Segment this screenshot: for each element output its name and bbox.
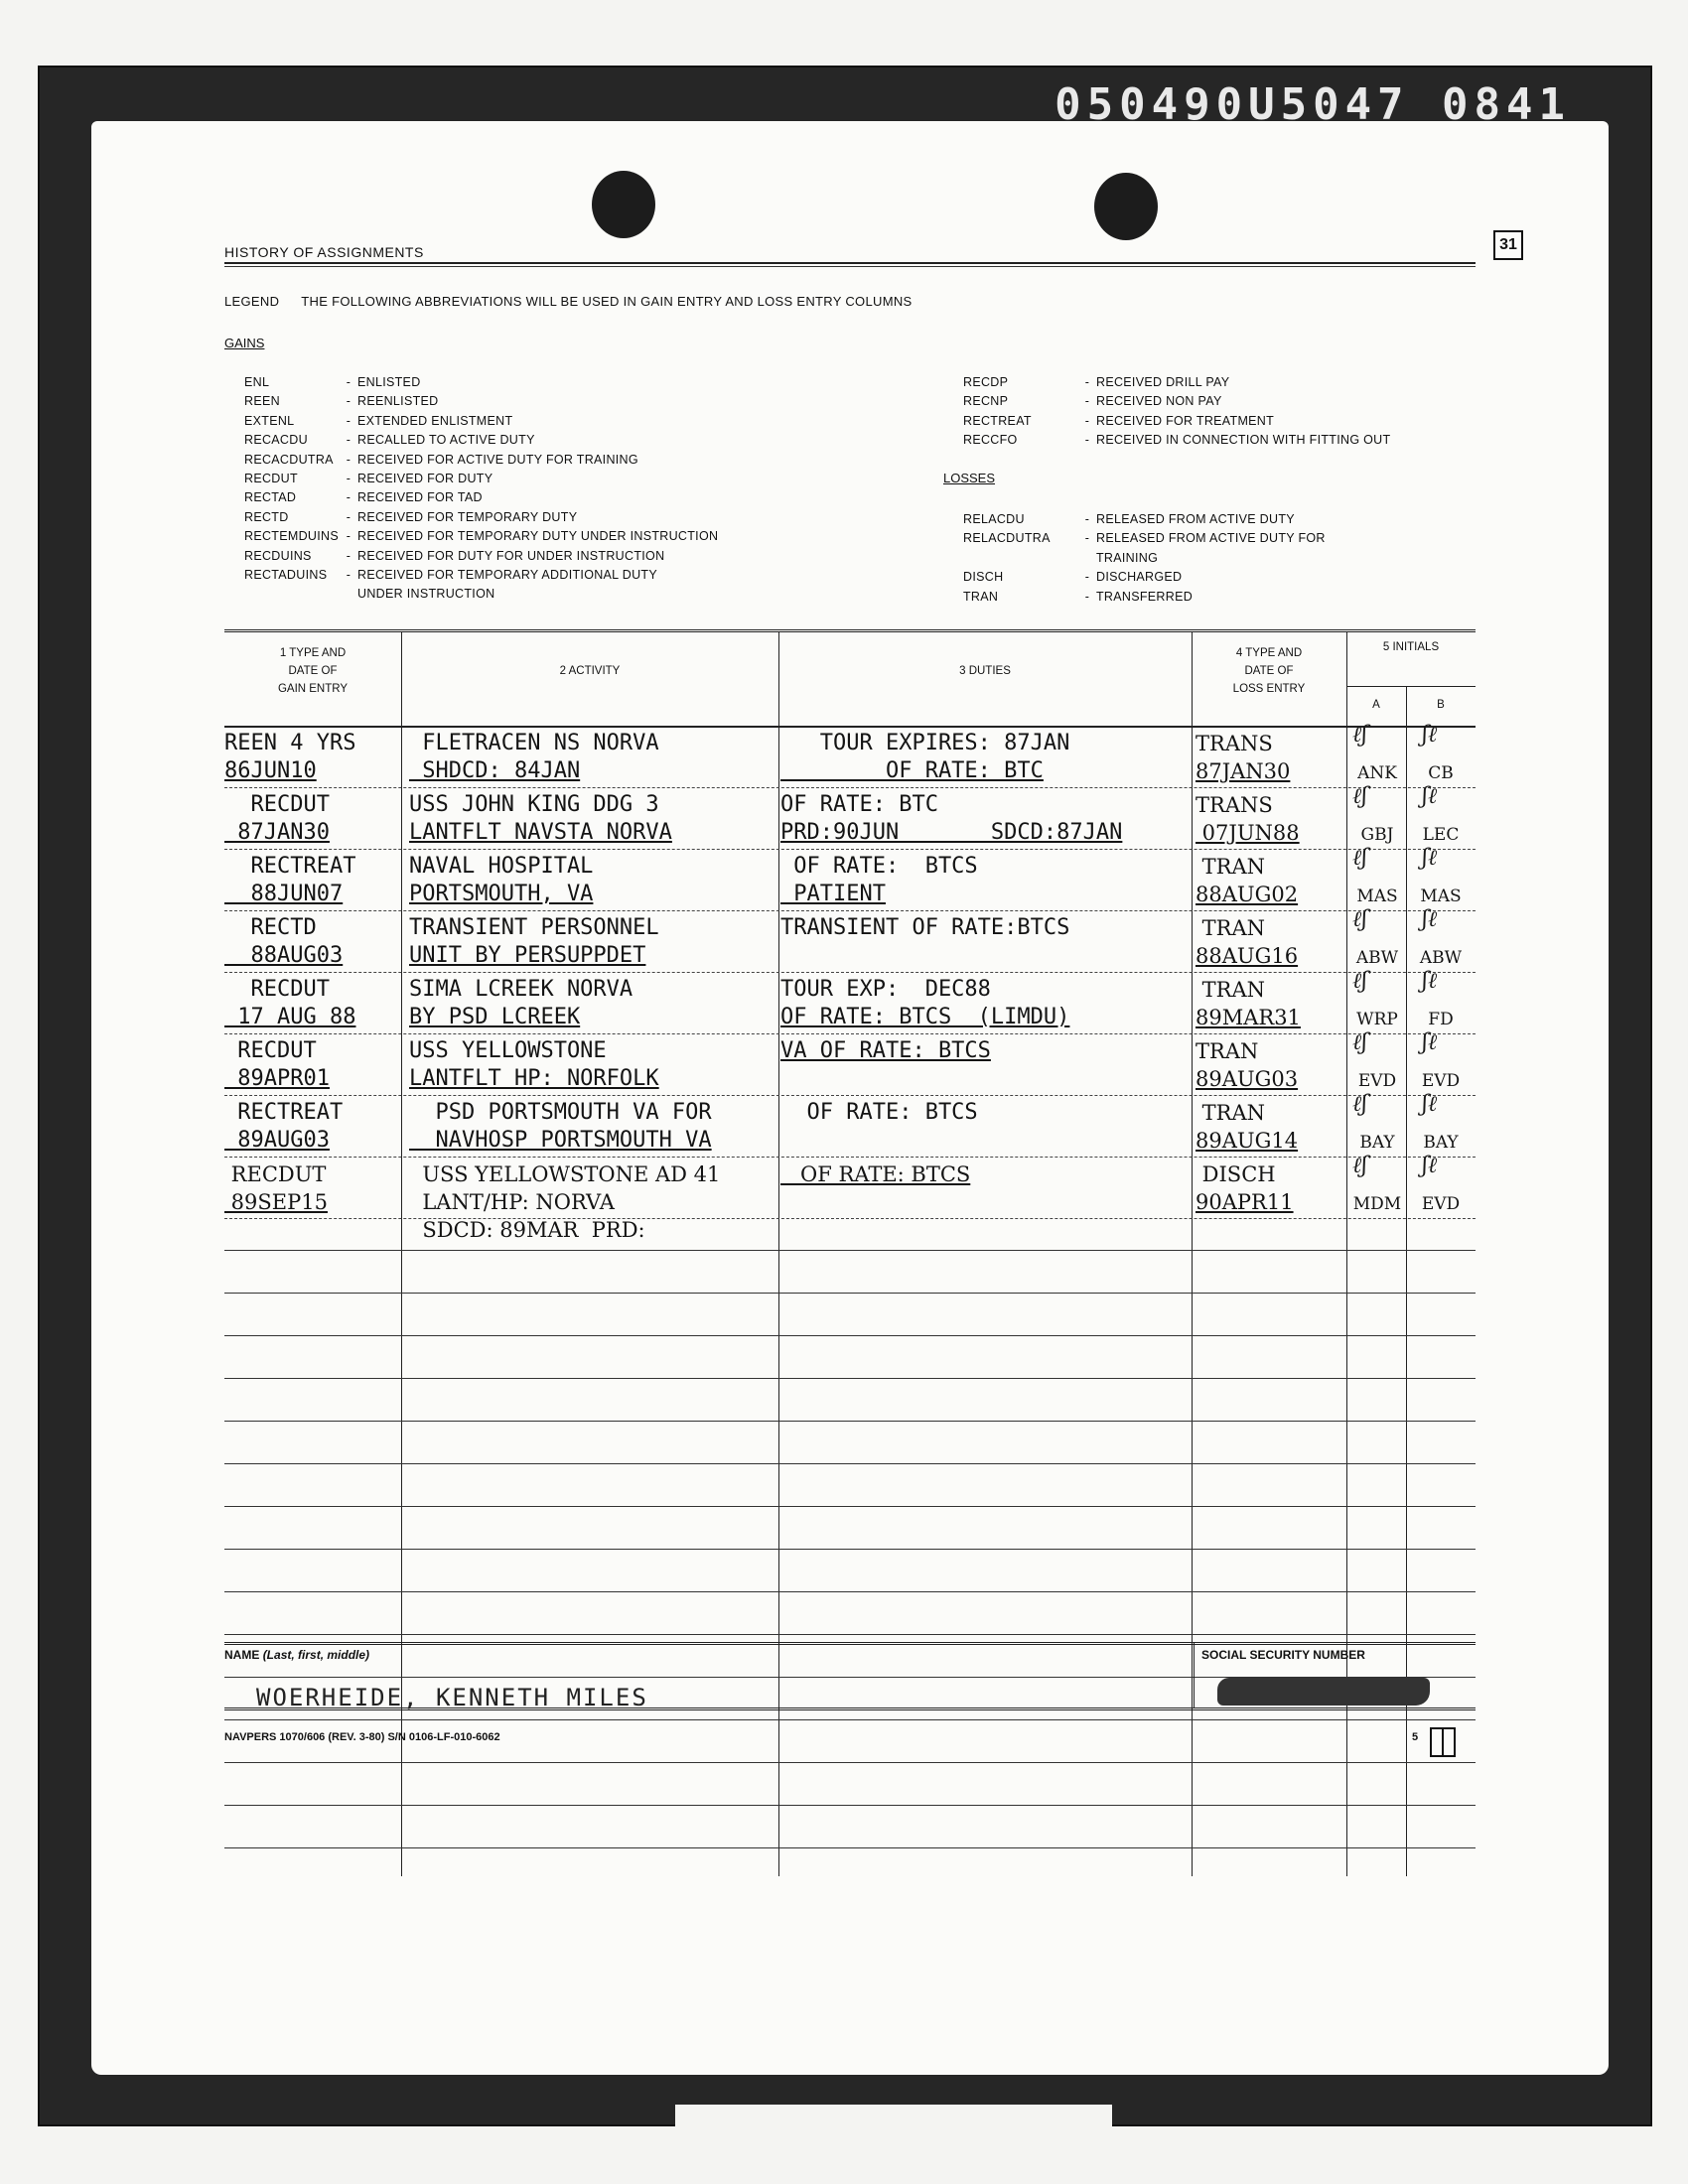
loss-entry-cell-line: TRAN (1196, 1099, 1344, 1127)
abbreviation-meaning: RELEASED FROM ACTIVE DUTY FOR (1096, 529, 1326, 548)
table-row: RECTREAT 89AUG03 PSD PORTSMOUTH VA FOR N… (224, 1097, 1476, 1159)
abbreviation-meaning: RECEIVED FOR ACTIVE DUTY FOR TRAINING (357, 451, 638, 470)
loss-entry-cell: TRAN88AUG02 (1196, 853, 1344, 908)
row-divider (224, 1095, 1476, 1096)
empty-row-line (224, 1463, 1476, 1464)
abbreviation-dash: - (340, 373, 357, 392)
abbreviation-code: DISCH (943, 568, 1078, 587)
abbreviation-dash: - (340, 431, 357, 450)
abbreviation-row: REEN-REENLISTED (224, 392, 718, 411)
abbreviation-row: RECACDU-RECALLED TO ACTIVE DUTY (224, 431, 718, 450)
activity-cell: PSD PORTSMOUTH VA FOR NAVHOSP PORTSMOUTH… (409, 1099, 776, 1155)
abbreviation-row: RELACDUTRA-RELEASED FROM ACTIVE DUTY FOR (943, 529, 1326, 548)
duties-cell-line: PATIENT (780, 881, 1178, 908)
duties-cell-line: OF RATE: BTCS (780, 1099, 1178, 1127)
initials-b-cell: CB (1408, 759, 1474, 787)
duties-cell: OF RATE: BTCS (780, 1160, 1178, 1188)
activity-cell-line: UNIT BY PERSUPPDET (409, 942, 776, 970)
abbreviation-row: RECTEMDUINS-RECEIVED FOR TEMPORARY DUTY … (224, 527, 718, 546)
table-row: RECTD 88AUG03TRANSIENT PERSONNELUNIT BY … (224, 912, 1476, 974)
abbreviation-code: RECTADUINS (224, 566, 340, 585)
signature-scribble-icon: ℓʃ (1352, 1029, 1367, 1057)
abbreviation-row: RECNP-RECEIVED NON PAY (943, 392, 1390, 411)
losses-heading: LOSSES (943, 471, 995, 485)
table-row: RECDUT 17 AUG 88SIMA LCREEK NORVABY PSD … (224, 974, 1476, 1035)
activity-cell-line: PSD PORTSMOUTH VA FOR (409, 1099, 776, 1127)
abbreviation-dash (1078, 549, 1096, 568)
name-label-hint: (Last, first, middle) (263, 1648, 369, 1662)
abbreviation-row: EXTENL-EXTENDED ENLISTMENT (224, 412, 718, 431)
abbreviation-row: DISCH-DISCHARGED (943, 568, 1326, 587)
activity-cell-line: PORTSMOUTH, VA (409, 881, 776, 908)
punch-hole-icon (592, 171, 655, 238)
table-row: REEN 4 YRS86JUN10 FLETRACEN NS NORVA SHD… (224, 728, 1476, 789)
loss-entry-cell-line: TRAN (1196, 853, 1344, 881)
abbreviation-meaning: RECEIVED NON PAY (1096, 392, 1222, 411)
signature-scribble-icon: ʃℓ (1422, 1029, 1437, 1057)
gain-entry-cell-line: RECTD (224, 914, 399, 942)
loss-entry-cell: DISCH90APR11 (1196, 1160, 1344, 1216)
abbreviation-meaning: RECEIVED IN CONNECTION WITH FITTING OUT (1096, 431, 1390, 450)
activity-cell: NAVAL HOSPITALPORTSMOUTH, VA (409, 853, 776, 908)
header-activity: 2 ACTIVITY (401, 632, 778, 726)
abbreviation-code: RECACDUTRA (224, 451, 340, 470)
duties-cell-line: OF RATE: BTCS (780, 853, 1178, 881)
signature-scribble-icon: ℓʃ (1352, 845, 1367, 873)
abbreviation-code: TRAN (943, 588, 1078, 607)
abbreviation-row: RECTADUINS-RECEIVED FOR TEMPORARY ADDITI… (224, 566, 718, 585)
abbreviation-meaning: EXTENDED ENLISTMENT (357, 412, 512, 431)
duties-cell: TOUR EXPIRES: 87JAN OF RATE: BTC (780, 730, 1178, 785)
activity-cell: FLETRACEN NS NORVA SHDCD: 84JAN (409, 730, 776, 785)
abbreviation-meaning: RECALLED TO ACTIVE DUTY (357, 431, 535, 450)
signature-scribble-icon: ʃℓ (1422, 1153, 1437, 1180)
abbreviation-row: RECDP-RECEIVED DRILL PAY (943, 373, 1390, 392)
gain-entry-cell-line: 86JUN10 (224, 757, 399, 785)
signature-scribble-icon: ʃℓ (1422, 722, 1437, 750)
gain-entry-cell-line: RECDUT (224, 976, 399, 1004)
abbreviation-code: RECTREAT (943, 412, 1078, 431)
abbreviation-meaning: UNDER INSTRUCTION (357, 585, 494, 604)
empty-row-line (224, 1762, 1476, 1763)
abbreviation-meaning: RECEIVED FOR DUTY (357, 470, 492, 488)
activity-cell: SIMA LCREEK NORVABY PSD LCREEK (409, 976, 776, 1031)
abbreviation-code: EXTENL (224, 412, 340, 431)
loss-entry-cell: TRANS 07JUN88 (1196, 791, 1344, 847)
initials-b-cell: MAS (1408, 883, 1474, 910)
activity-cell-line: LANT/HP: NORVA (409, 1188, 776, 1216)
loss-entry-cell: TRANS87JAN30 (1196, 730, 1344, 785)
loss-entry-cell: TRAN89AUG14 (1196, 1099, 1344, 1155)
signature-scribble-icon: ʃℓ (1422, 1091, 1437, 1119)
row-divider (224, 1033, 1476, 1034)
activity-cell-line: LANTFLT HP: NORFOLK (409, 1065, 776, 1093)
abbreviation-meaning: RECEIVED DRILL PAY (1096, 373, 1229, 392)
page-mark: 5 (1412, 1731, 1418, 1743)
loss-entry-cell: TRAN88AUG16 (1196, 914, 1344, 970)
abbreviation-code: RECACDU (224, 431, 340, 450)
footer-rule (224, 1707, 1476, 1710)
header-initials-a: A (1346, 688, 1406, 724)
gain-entry-cell-line: 87JAN30 (224, 819, 399, 847)
abbreviation-dash: - (1078, 392, 1096, 411)
empty-row-line (224, 1250, 1476, 1251)
legend-label: LEGEND (224, 294, 279, 309)
signature-scribble-icon: ℓʃ (1352, 1091, 1367, 1119)
activity-cell: USS YELLOWSTONE AD 41 LANT/HP: NORVA SDC… (409, 1160, 776, 1244)
gain-entry-cell: RECDUT 87JAN30 (224, 791, 399, 847)
abbreviation-dash: - (340, 566, 357, 585)
activity-cell-line: TRANSIENT PERSONNEL (409, 914, 776, 942)
duties-cell: OF RATE: BTCS (780, 1099, 1178, 1127)
activity-cell: USS JOHN KING DDG 3LANTFLT NAVSTA NORVA (409, 791, 776, 847)
gains-heading: GAINS (224, 336, 264, 350)
form-identifier: NAVPERS 1070/606 (REV. 3-80) S/N 0106-LF… (224, 1731, 500, 1743)
row-divider (224, 849, 1476, 850)
empty-row-line (224, 1378, 1476, 1379)
initials-b-cell: EVD (1408, 1190, 1474, 1218)
header-initials-b: B (1406, 688, 1476, 724)
gain-entry-cell-line: RECDUT (224, 1160, 399, 1188)
form-title: HISTORY OF ASSIGNMENTS (224, 244, 424, 260)
signature-scribble-icon: ℓʃ (1352, 1153, 1367, 1180)
gain-entry-cell-line: REEN 4 YRS (224, 730, 399, 757)
empty-row-line (224, 1719, 1476, 1720)
gain-entry-cell-line: 88AUG03 (224, 942, 399, 970)
abbreviation-code: RECDP (943, 373, 1078, 392)
empty-row-line (224, 1805, 1476, 1806)
abbreviation-code: RECTD (224, 508, 340, 527)
activity-cell-line: FLETRACEN NS NORVA (409, 730, 776, 757)
ssn-redaction (1217, 1678, 1430, 1706)
empty-row-line (224, 1421, 1476, 1422)
activity-cell-line: USS JOHN KING DDG 3 (409, 791, 776, 819)
activity-cell-line: SDCD: 89MAR PRD: (409, 1216, 776, 1244)
initials-b-cell: EVD (1408, 1067, 1474, 1095)
header-gain-entry: 1 TYPE AND DATE OF GAIN ENTRY (224, 632, 401, 726)
abbreviation-row: TRAINING (943, 549, 1326, 568)
ssn-divider (1194, 1642, 1195, 1707)
abbreviation-dash: - (340, 527, 357, 546)
duties-cell: VA OF RATE: BTCS (780, 1037, 1178, 1065)
abbreviation-dash: - (1078, 431, 1096, 450)
row-divider (224, 1218, 1476, 1219)
abbreviation-row: UNDER INSTRUCTION (224, 585, 718, 604)
gain-entry-cell: RECDUT 17 AUG 88 (224, 976, 399, 1031)
name-label-text: NAME (224, 1648, 259, 1662)
title-rule (224, 262, 1476, 267)
empty-row-line (224, 1634, 1476, 1635)
activity-cell: TRANSIENT PERSONNELUNIT BY PERSUPPDET (409, 914, 776, 970)
gain-entry-cell-line: 89AUG03 (224, 1127, 399, 1155)
abbreviation-row: RECTD-RECEIVED FOR TEMPORARY DUTY (224, 508, 718, 527)
gain-entry-cell-line: RECTREAT (224, 853, 399, 881)
abbreviation-dash: - (340, 508, 357, 527)
activity-cell-line: NAVAL HOSPITAL (409, 853, 776, 881)
empty-row-line (224, 1591, 1476, 1592)
abbreviation-meaning: RELEASED FROM ACTIVE DUTY (1096, 510, 1295, 529)
abbreviation-row: TRAN-TRANSFERRED (943, 588, 1326, 607)
signature-scribble-icon: ʃℓ (1422, 906, 1437, 934)
signature-scribble-icon: ʃℓ (1422, 845, 1437, 873)
loss-entry-cell-line: 89MAR31 (1196, 1004, 1344, 1031)
duties-cell-line: TOUR EXPIRES: 87JAN (780, 730, 1178, 757)
row-divider (224, 787, 1476, 788)
name-label: NAME (Last, first, middle) (224, 1648, 369, 1662)
gain-entry-cell: RECTREAT 88JUN07 (224, 853, 399, 908)
duties-cell-line: PRD:90JUN SDCD:87JAN (780, 819, 1178, 847)
signature-scribble-icon: ʃℓ (1422, 968, 1437, 996)
duties-cell-line: OF RATE: BTCS (LIMDU) (780, 1004, 1178, 1031)
loss-entry-cell-line: 89AUG03 (1196, 1065, 1344, 1093)
gain-entry-cell-line: RECTREAT (224, 1099, 399, 1127)
abbreviation-meaning: REENLISTED (357, 392, 439, 411)
abbreviation-code: RECTEMDUINS (224, 527, 340, 546)
legend: LEGENDTHE FOLLOWING ABBREVIATIONS WILL B… (224, 294, 912, 309)
empty-row-line (224, 1293, 1476, 1294)
gain-entry-cell-line: 17 AUG 88 (224, 1004, 399, 1031)
signature-scribble-icon: ℓʃ (1352, 906, 1367, 934)
abbreviation-row: RECDUINS-RECEIVED FOR DUTY FOR UNDER INS… (224, 547, 718, 566)
initials-a-cell: MDM (1348, 1190, 1406, 1218)
gain-entry-cell: RECDUT 89APR01 (224, 1037, 399, 1093)
initials-b-cell: FD (1408, 1006, 1474, 1033)
activity-cell-line: SIMA LCREEK NORVA (409, 976, 776, 1004)
gain-entry-cell-line: 89APR01 (224, 1065, 399, 1093)
abbreviation-dash: - (1078, 412, 1096, 431)
abbreviation-code: RECDUINS (224, 547, 340, 566)
duties-cell-line: TRANSIENT OF RATE:BTCS (780, 914, 1178, 942)
gain-entry-cell: RECTREAT 89AUG03 (224, 1099, 399, 1155)
loss-entry-cell-line: DISCH (1196, 1160, 1344, 1188)
signature-scribble-icon: ℓʃ (1352, 783, 1367, 811)
abbreviation-meaning: TRAINING (1096, 549, 1158, 568)
duties-cell-line: VA OF RATE: BTCS (780, 1037, 1178, 1065)
table-row: RECDUT 87JAN30USS JOHN KING DDG 3LANTFLT… (224, 789, 1476, 851)
abbreviation-meaning: RECEIVED FOR TEMPORARY DUTY UNDER INSTRU… (357, 527, 718, 546)
abbreviation-dash: - (340, 488, 357, 507)
duties-cell-line: TOUR EXP: DEC88 (780, 976, 1178, 1004)
duties-cell: OF RATE: BTCPRD:90JUN SDCD:87JAN (780, 791, 1178, 847)
abbreviation-row: RECACDUTRA-RECEIVED FOR ACTIVE DUTY FOR … (224, 451, 718, 470)
abbreviation-code (224, 585, 340, 604)
abbreviation-code: RELACDU (943, 510, 1078, 529)
loss-entry-cell-line: 89AUG14 (1196, 1127, 1344, 1155)
loss-entry-cell-line: 88AUG02 (1196, 881, 1344, 908)
empty-row-line (224, 1549, 1476, 1550)
gain-entry-cell-line: RECDUT (224, 791, 399, 819)
abbreviation-dash: - (340, 470, 357, 488)
abbreviation-meaning: DISCHARGED (1096, 568, 1182, 587)
row-divider (224, 1157, 1476, 1158)
punch-hole-icon (1094, 173, 1158, 240)
abbreviation-dash (340, 585, 357, 604)
abbreviation-dash: - (1078, 568, 1096, 587)
activity-cell-line: USS YELLOWSTONE (409, 1037, 776, 1065)
legend-text: THE FOLLOWING ABBREVIATIONS WILL BE USED… (301, 294, 912, 309)
abbreviation-meaning: RECEIVED FOR TAD (357, 488, 483, 507)
abbreviation-dash: - (1078, 373, 1096, 392)
abbreviation-dash: - (340, 392, 357, 411)
abbreviation-meaning: RECEIVED FOR TREATMENT (1096, 412, 1274, 431)
signature-scribble-icon: ʃℓ (1422, 783, 1437, 811)
duties-cell: TOUR EXP: DEC88OF RATE: BTCS (LIMDU) (780, 976, 1178, 1031)
loss-entry-cell-line: 87JAN30 (1196, 757, 1344, 785)
table-row: RECDUT 89APR01USS YELLOWSTONELANTFLT HP:… (224, 1035, 1476, 1097)
abbreviation-dash: - (340, 451, 357, 470)
abbreviation-dash: - (1078, 510, 1096, 529)
abbreviation-dash: - (1078, 529, 1096, 548)
footer-rule (224, 1642, 1476, 1645)
duties-cell-line: OF RATE: BTC (780, 791, 1178, 819)
abbreviation-row: RECTREAT-RECEIVED FOR TREATMENT (943, 412, 1390, 431)
gains-abbreviation-list: ENL-ENLISTEDREEN-REENLISTEDEXTENL-EXTEND… (224, 373, 718, 605)
row-divider (224, 910, 1476, 911)
loss-entry-cell-line: 88AUG16 (1196, 942, 1344, 970)
empty-row-line (224, 1335, 1476, 1336)
signature-scribble-icon: ℓʃ (1352, 722, 1367, 750)
loss-entry-cell: TRAN89MAR31 (1196, 976, 1344, 1031)
ssn-label: SOCIAL SECURITY NUMBER (1201, 1648, 1365, 1662)
activity-cell-line: LANTFLT NAVSTA NORVA (409, 819, 776, 847)
loss-entry-cell: TRAN89AUG03 (1196, 1037, 1344, 1093)
abbreviation-meaning: RECEIVED FOR TEMPORARY DUTY (357, 508, 577, 527)
gain-entry-cell-line: 88JUN07 (224, 881, 399, 908)
form-page-number: 31 (1493, 230, 1523, 260)
abbreviation-meaning: RECEIVED FOR DUTY FOR UNDER INSTRUCTION (357, 547, 664, 566)
abbreviation-code: RELACDUTRA (943, 529, 1078, 548)
duties-cell: OF RATE: BTCS PATIENT (780, 853, 1178, 908)
loss-entry-cell-line: TRANS (1196, 730, 1344, 757)
duties-cell: TRANSIENT OF RATE:BTCS (780, 914, 1178, 942)
header-loss-entry: 4 TYPE AND DATE OF LOSS ENTRY (1192, 632, 1346, 726)
initials-b-cell: LEC (1408, 821, 1474, 849)
activity-cell-line: BY PSD LCREEK (409, 1004, 776, 1031)
abbreviation-row: RELACDU-RELEASED FROM ACTIVE DUTY (943, 510, 1326, 529)
empty-row-line (224, 1847, 1476, 1848)
abbreviation-meaning: RECEIVED FOR TEMPORARY ADDITIONAL DUTY (357, 566, 657, 585)
table-row: RECTREAT 88JUN07NAVAL HOSPITALPORTSMOUTH… (224, 851, 1476, 912)
abbreviation-code: RECCFO (943, 431, 1078, 450)
page-box-icon (1430, 1727, 1456, 1757)
table-row: RECDUT 89SEP15 USS YELLOWSTONE AD 41 LAN… (224, 1159, 1476, 1250)
activity-cell-line: SHDCD: 84JAN (409, 757, 776, 785)
loss-entry-cell-line: 90APR11 (1196, 1188, 1344, 1216)
abbreviation-meaning: TRANSFERRED (1096, 588, 1193, 607)
gain-entry-cell-line: 89SEP15 (224, 1188, 399, 1216)
gain-entry-cell-line: RECDUT (224, 1037, 399, 1065)
gain-entry-cell: RECDUT 89SEP15 (224, 1160, 399, 1216)
initials-b-cell: ABW (1408, 944, 1474, 972)
activity-cell: USS YELLOWSTONELANTFLT HP: NORFOLK (409, 1037, 776, 1093)
frame-notch (675, 2105, 1112, 2128)
abbreviation-code: RECTAD (224, 488, 340, 507)
abbreviation-meaning: ENLISTED (357, 373, 421, 392)
gain-entry-cell: RECTD 88AUG03 (224, 914, 399, 970)
empty-row-line (224, 1506, 1476, 1507)
signature-scribble-icon: ℓʃ (1352, 968, 1367, 996)
loss-entry-cell-line: TRAN (1196, 976, 1344, 1004)
received-abbreviation-list: RECDP-RECEIVED DRILL PAYRECNP-RECEIVED N… (943, 373, 1390, 451)
loss-entry-cell-line: 07JUN88 (1196, 819, 1344, 847)
abbreviation-row: RECDUT-RECEIVED FOR DUTY (224, 470, 718, 488)
initials-b-cell: BAY (1408, 1129, 1474, 1157)
abbreviation-row: RECCFO-RECEIVED IN CONNECTION WITH FITTI… (943, 431, 1390, 450)
loss-entry-cell-line: TRAN (1196, 914, 1344, 942)
abbreviation-dash: - (1078, 588, 1096, 607)
loss-entry-cell-line: TRANS (1196, 791, 1344, 819)
activity-cell-line: USS YELLOWSTONE AD 41 (409, 1160, 776, 1188)
loss-entry-cell-line: TRAN (1196, 1037, 1344, 1065)
duties-cell-line: OF RATE: BTC (780, 757, 1178, 785)
abbreviation-code: RECDUT (224, 470, 340, 488)
abbreviation-code (943, 549, 1078, 568)
header-duties: 3 DUTIES (778, 632, 1192, 726)
row-divider (224, 972, 1476, 973)
abbreviation-code: REEN (224, 392, 340, 411)
abbreviation-dash: - (340, 412, 357, 431)
losses-abbreviation-list: RELACDU-RELEASED FROM ACTIVE DUTYRELACDU… (943, 510, 1326, 607)
abbreviation-row: ENL-ENLISTED (224, 373, 718, 392)
abbreviation-code: RECNP (943, 392, 1078, 411)
abbreviation-row: RECTAD-RECEIVED FOR TAD (224, 488, 718, 507)
gain-entry-cell: REEN 4 YRS86JUN10 (224, 730, 399, 785)
duties-cell-line: OF RATE: BTCS (780, 1160, 1178, 1188)
activity-cell-line: NAVHOSP PORTSMOUTH VA (409, 1127, 776, 1155)
abbreviation-dash: - (340, 547, 357, 566)
abbreviation-code: ENL (224, 373, 340, 392)
